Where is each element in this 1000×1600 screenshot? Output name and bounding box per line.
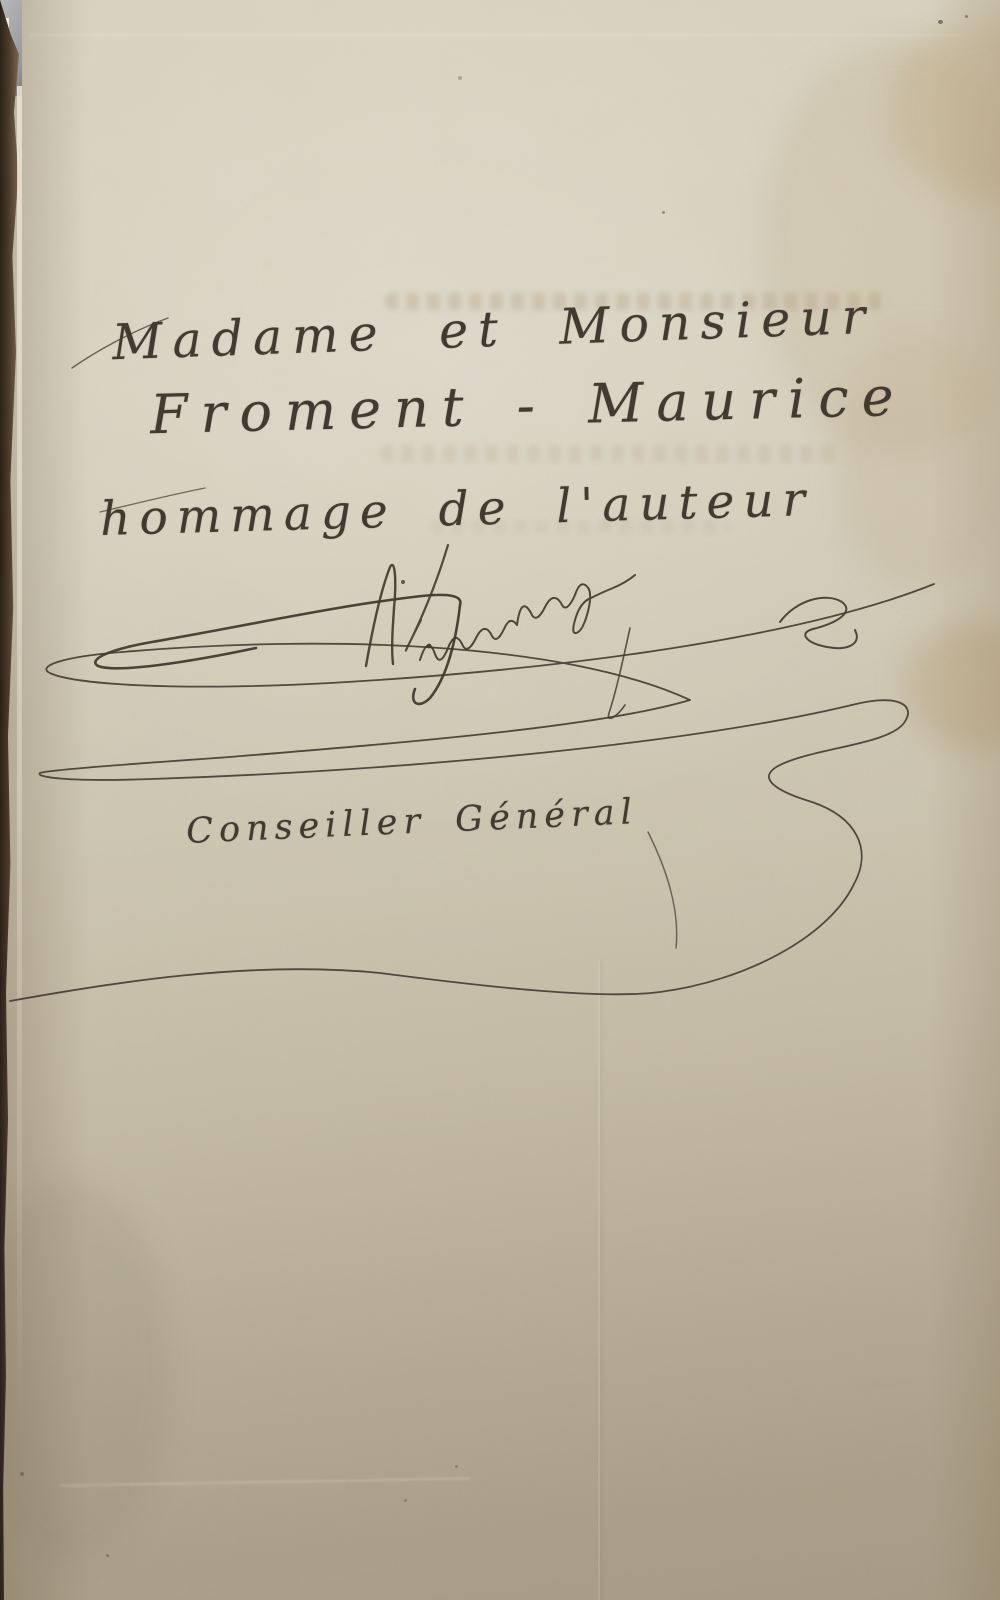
book-dedication-photo: Madame et Monsieur Froment - Maurice hom… [0,0,1000,1600]
page-cut-edge [17,86,22,1426]
ink-speck [20,1472,24,1476]
vertical-crease [598,960,600,1600]
ink-speck [455,1465,458,1468]
ink-speck [404,1499,407,1502]
ink-speck [106,1554,109,1557]
page-top-crease [30,34,960,36]
ink-speck [662,211,665,214]
ink-speck [458,76,462,80]
ink-speck [965,15,968,18]
print-bleedthrough-band [380,445,840,462]
ink-speck [938,20,943,24]
